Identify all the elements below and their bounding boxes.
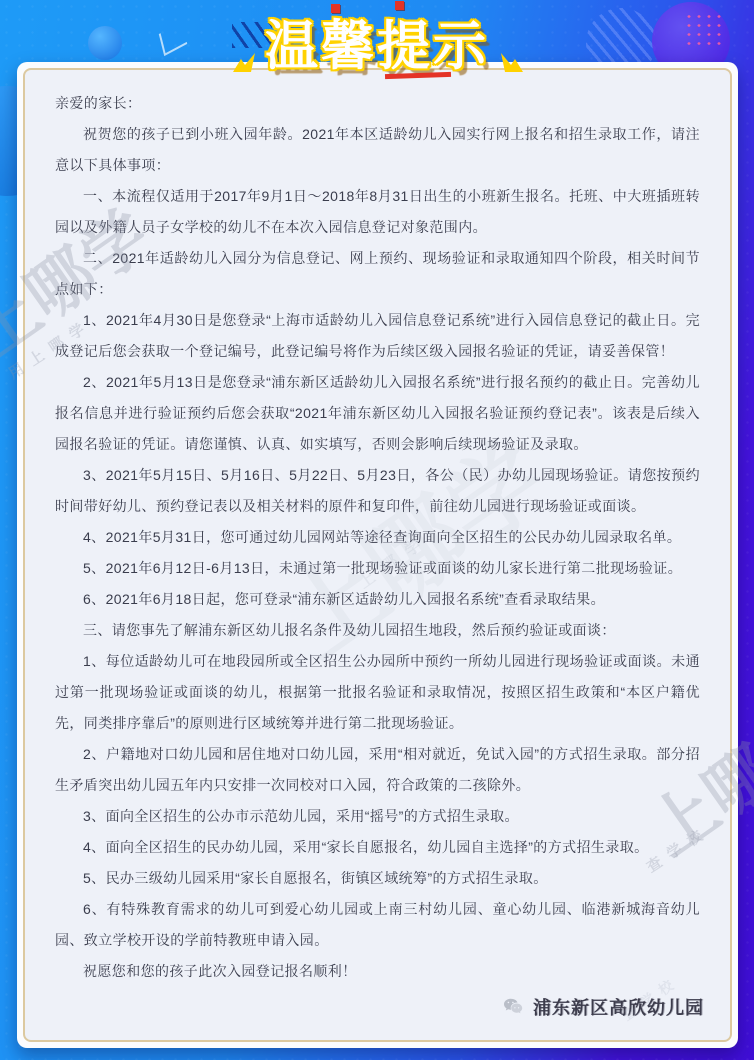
notice-paragraph: 2、户籍地对口幼儿园和居住地对口幼儿园，采用“相对就近，免试入园”的方式招生录取… bbox=[55, 739, 700, 801]
notice-paragraph: 一、本流程仅适用于2017年9月1日～2018年8月31日出生的小班新生报名。托… bbox=[55, 181, 700, 243]
signature-row: 浦东新区高欣幼儿园 bbox=[501, 994, 704, 1020]
notice-paragraph: 2、2021年5月13日是您登录“浦东新区适龄幼儿入园报名系统”进行报名预约的截… bbox=[55, 367, 700, 460]
red-underline-icon bbox=[385, 72, 451, 79]
notice-paragraph: 三、请您事先了解浦东新区幼儿报名条件及幼儿园招生地段，然后预约验证或面谈： bbox=[55, 615, 700, 646]
wechat-icon bbox=[501, 995, 525, 1019]
notice-paragraph: 二、2021年适龄幼儿入园分为信息登记、网上预约、现场验证和录取通知四个阶段，相… bbox=[55, 243, 700, 305]
red-square-icon bbox=[395, 1, 404, 10]
notice-card: 亲爱的家长： 祝贺您的孩子已到小班入园年龄。2021年本区适龄幼儿入园实行网上报… bbox=[17, 62, 738, 1048]
salutation: 亲爱的家长： bbox=[55, 88, 700, 119]
yellow-swoosh-icon bbox=[499, 51, 525, 78]
notice-paragraph: 祝愿您和您的孩子此次入园登记报名顺利！ bbox=[55, 956, 700, 987]
notice-paragraph: 4、面向全区招生的民办幼儿园，采用“家长自愿报名，幼儿园自主选择”的方式招生录取… bbox=[55, 832, 700, 863]
notice-paragraph: 祝贺您的孩子已到小班入园年龄。2021年本区适龄幼儿入园实行网上报名和招生录取工… bbox=[55, 119, 700, 181]
yellow-swoosh-icon bbox=[231, 51, 257, 78]
page-title: 温馨提示 bbox=[265, 17, 489, 76]
notice-paragraph: 5、民办三级幼儿园采用“家长自愿报名，街镇区域统筹”的方式招生录取。 bbox=[55, 863, 700, 894]
notice-paragraph: 4、2021年5月31日，您可通过幼儿园网站等途径查询面向全区招生的公民办幼儿园… bbox=[55, 522, 700, 553]
notice-paragraph: 1、2021年4月30日是您登录“上海市适龄幼儿入园信息登记系统”进行入园信息登… bbox=[55, 305, 700, 367]
title-banner: 温馨提示 bbox=[0, 4, 754, 80]
notice-paragraph: 3、2021年5月15日、5月16日、5月22日、5月23日，各公（民）办幼儿园… bbox=[55, 460, 700, 522]
notice-paragraph: 6、2021年6月18日起，您可登录“浦东新区适龄幼儿入园报名系统”查看录取结果… bbox=[55, 584, 700, 615]
red-square-icon bbox=[331, 4, 340, 13]
notice-page: 温馨提示 亲爱的家长： 祝贺您的孩子已到小班入园年龄。2021年本区适龄幼儿入园… bbox=[0, 0, 754, 1060]
notice-paragraph: 6、有特殊教育需求的幼儿可到爱心幼儿园或上南三村幼儿园、童心幼儿园、临港新城海音… bbox=[55, 894, 700, 956]
signature-text: 浦东新区高欣幼儿园 bbox=[533, 994, 704, 1020]
notice-paragraph: 3、面向全区招生的公办市示范幼儿园，采用“摇号”的方式招生录取。 bbox=[55, 801, 700, 832]
notice-paragraph: 5、2021年6月12日-6月13日，未通过第一批现场验证或面谈的幼儿家长进行第… bbox=[55, 553, 700, 584]
notice-card-inner: 亲爱的家长： 祝贺您的孩子已到小班入园年龄。2021年本区适龄幼儿入园实行网上报… bbox=[23, 68, 732, 1042]
notice-paragraph: 1、每位适龄幼儿可在地段园所或全区招生公办园所中预约一所幼儿园进行现场验证或面谈… bbox=[55, 646, 700, 739]
